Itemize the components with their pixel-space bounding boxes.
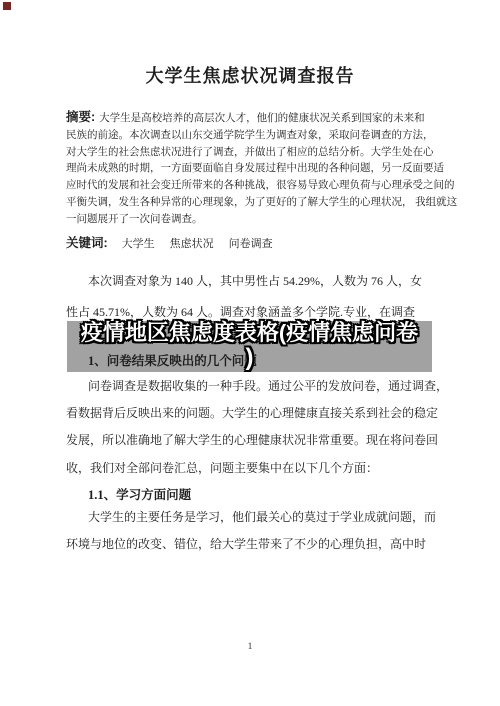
section-1-1-paragraph: 大学生的主要任务是学习，他们最关心的莫过于学业成就问题，而 环境与地位的改变、错… [66,504,438,558]
watermark-line-1: 疫情地区焦虑度表格(疫情焦虑问卷 [67,319,432,346]
abstract-text: 大学生是高校培养的高层次人才，他们的健康状况关系到国家的未来和 [99,113,425,124]
survey-statistics-paragraph: 本次调查对象为 140 人，其中男性占 54.29%，人数为 76 人，女 性占… [66,266,438,327]
paragraph-line: 环境与地位的改变、错位，给大学生带来了不少的心理负担，高中时 [66,531,438,558]
paragraph-line: 看数据背后反映出来的问题。大学生的心理健康直接关系到社会的稳定 [66,400,438,427]
paragraph-line: 本次调查对象为 140 人，其中男性占 54.29%，人数为 76 人，女 [66,266,438,297]
keyword-item: 焦虑状况 [170,238,214,250]
paragraph-line: 发展，所以准确地了解大学生的心理健康状况非常重要。现在将问卷回 [66,427,438,454]
abstract-line: 应时代的发展和社会变迁所带来的各种挑战，很容易导致心理负荷与心理承受之间的 [66,178,438,195]
keyword-item: 大学生 [122,238,155,250]
paragraph-line: 收，我们对全部问卷汇总，问题主要集中在以下几个方面： [66,455,438,482]
abstract-line: 对大学生的社会焦虑状况进行了调查，并做出了相应的总结分析。大学生处在心 [66,145,438,162]
abstract-block: 摘要:大学生是高校培养的高层次人才，他们的健康状况关系到国家的未来和 民族的前途… [66,109,438,229]
abstract-line: 摘要:大学生是高校培养的高层次人才，他们的健康状况关系到国家的未来和 [66,109,438,128]
page-number: 1 [0,642,500,652]
watermark-text: 疫情地区焦虑度表格(疫情焦虑问卷 ) [67,319,432,370]
section-1-1-heading: 1.1、学习方面问题 [88,485,191,503]
abstract-line: 平衡失调，发生各种异常的心理现象，为了更好的了解大学生的心理状况， 我组就这 [66,195,438,212]
paragraph-line: 问卷调查是数据收集的一种手段。通过公平的发放问卷，通过调查， [66,373,438,400]
abstract-label: 摘要: [66,110,95,124]
abstract-line: 一问题展开了一次问卷调查。 [66,212,438,229]
abstract-line: 民族的前途。本次调查以山东交通学院学生为调查对象，采取问卷调查的方法， [66,128,438,145]
abstract-line: 理尚未成熟的时期，一方面要面临自身发展过程中出现的各种问题，另一反面要适 [66,161,438,178]
corner-mark [3,2,11,10]
keywords-block: 关键词:大学生焦虑状况问卷调查 [66,233,288,251]
paragraph-line: 大学生的主要任务是学习，他们最关心的莫过于学业成就问题，而 [66,504,438,531]
watermark-line-2: ) [67,346,432,370]
keywords-label: 关键词: [66,236,108,250]
section-1-paragraph: 问卷调查是数据收集的一种手段。通过公平的发放问卷，通过调查， 看数据背后反映出来… [66,373,438,482]
document-page: 大学生焦虑状况调查报告 摘要:大学生是高校培养的高层次人才，他们的健康状况关系到… [0,0,500,706]
document-title: 大学生焦虑状况调查报告 [0,62,500,88]
keyword-item: 问卷调查 [229,238,273,250]
